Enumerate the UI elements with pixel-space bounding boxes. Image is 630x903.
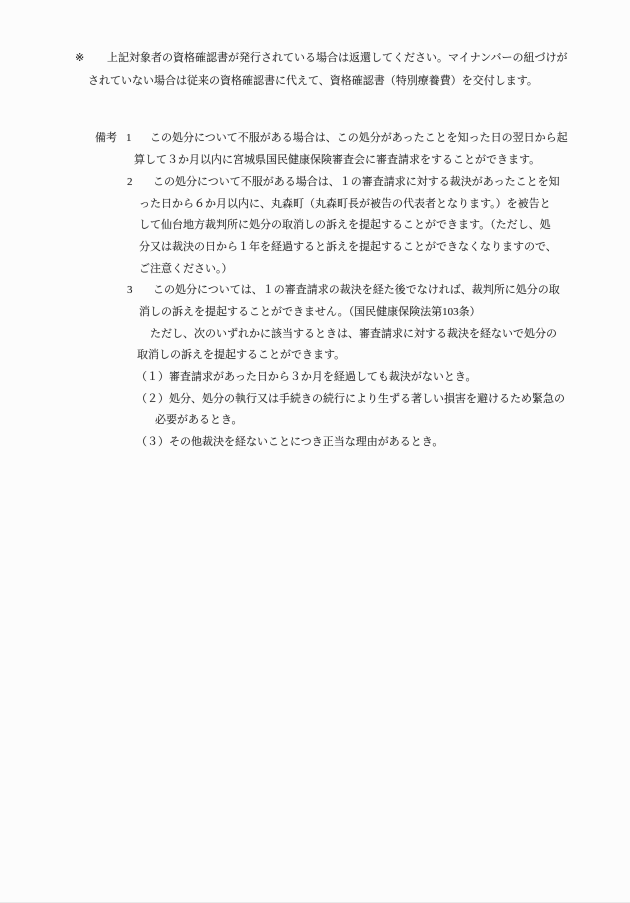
remarks-item-3-number: 3 [127, 284, 133, 297]
remarks-item-3-sub-2-line-2: 必要があるとき。 [155, 414, 243, 427]
remarks-item-3-sub-1: （１）審査請求があった日から３か月を経過しても裁決がないとき。 [136, 371, 476, 384]
remarks-item-2-number: 2 [127, 176, 133, 189]
note-line-2: されていない場合は従来の資格確認書に代えて、資格確認書（特別療養費）を交付します… [88, 75, 538, 88]
remarks-item-2-line-4: 分又は裁決の日から１年を経過すると訴えを提起することができなくなりますので、 [139, 241, 557, 254]
remarks-item-3-line-2: 消しの訴えを提起することができません。（国民健康保険法第103条） [139, 306, 481, 319]
remarks-item-2-line-3: して仙台地方裁判所に処分の取消しの訴えを提起することができます。（ただし、処 [139, 219, 551, 232]
remarks-item-3-sub-3: （３）その他裁決を経ないことにつき正当な理由があるとき。 [136, 436, 443, 449]
remarks-item-3-line-4: 取消しの訴えを提起することができます。 [137, 349, 345, 362]
note-line-1: 上記対象者の資格確認書が発行されている場合は返還してください。マイナンバーの紐づ… [107, 52, 567, 65]
remarks-item-1-line-2: 算して３か月以内に宮城県国民健康保険審査会に審査請求をすることができます。 [134, 154, 540, 167]
document-page: ※ 上記対象者の資格確認書が発行されている場合は返還してください。マイナンバーの… [0, 0, 630, 903]
remarks-item-2-line-5: ご注意ください。） [139, 263, 233, 276]
remarks-item-3-sub-2-line-1: （２）処分、処分の執行又は手続きの続行により生ずる著しい損害を避けるため緊急の [136, 393, 565, 406]
remarks-item-3-line-3: ただし、次のいずれかに該当するときは、審査請求に対する裁決を経ないで処分の [150, 328, 557, 341]
note-marker: ※ [75, 52, 84, 65]
remarks-item-1-number: 1 [126, 132, 132, 145]
remarks-label: 備考 [95, 132, 117, 145]
remarks-item-3-line-1: この処分については、１の審査請求の裁決を経た後でなければ、裁判所に処分の取 [153, 284, 560, 297]
remarks-item-1-line-1: この処分について不服がある場合は、この処分があったことを知った日の翌日から起 [150, 132, 568, 145]
remarks-item-2-line-1: この処分について不服がある場合は、１の審査請求に対する裁決があったことを知 [153, 176, 560, 189]
remarks-item-2-line-2: った日から６か月以内に、丸森町（丸森町長が被告の代表者となります。）を被告と [139, 198, 551, 211]
